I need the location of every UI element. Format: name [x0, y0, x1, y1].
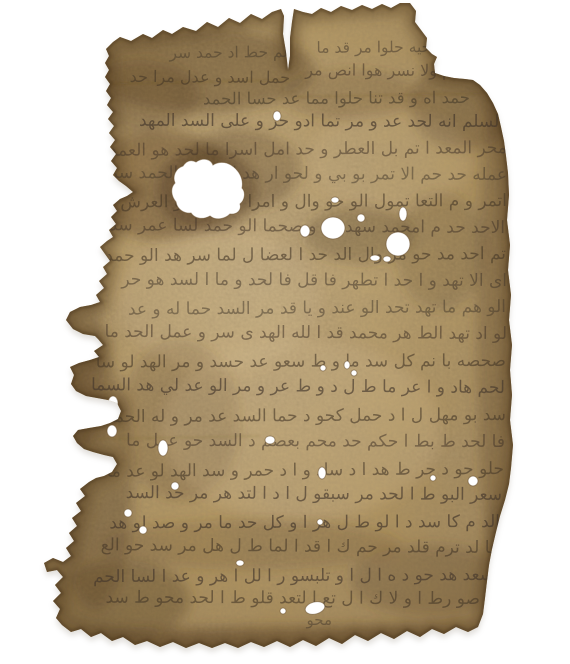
manuscript-line: لحم هاد و ا عر ما ط ل د و ط عر و مر الو … [91, 375, 505, 398]
manuscript-line: لم حط اد حمد سر [168, 43, 288, 62]
worm-hole [124, 509, 132, 517]
manuscript-svg: تحيه حلوا مر قد ما م ولا نسر هوا انص مر … [0, 0, 570, 664]
manuscript-photo: تحيه حلوا مر قد ما م ولا نسر هوا انص مر … [0, 0, 570, 664]
manuscript-line: حمل اسد و عدل مرا حد [130, 67, 291, 88]
worm-hole [320, 365, 326, 371]
worm-hole [280, 608, 286, 614]
manuscript-line: اتمر و م التعا تمول الو حو وال و امرا سد… [95, 191, 507, 212]
worm-hole [317, 519, 323, 525]
text-lines: تحيه حلوا مر قد ما م ولا نسر هوا انص مر … [91, 38, 507, 629]
manuscript-line: اى الا تهد و ا حد ا تطهر فا قل فا لحد و … [120, 270, 507, 291]
manuscript-line: لو اد تهد الط هر محمد قد ا لله الهد ى سر… [105, 322, 508, 344]
worm-hole [386, 232, 410, 256]
worm-hole [399, 207, 407, 221]
worm-hole [468, 476, 478, 486]
manuscript-line: صو رط ا و لا ك ا ل تع ا لتعد قلو ط ا لحد… [106, 588, 481, 609]
manuscript-line: الد م كا سد د ا لو ط ل هر ا و كل حد ما م… [109, 512, 500, 533]
worm-hole [158, 440, 168, 456]
worm-hole [318, 467, 326, 479]
worm-hole [331, 197, 339, 203]
manuscript-line: تم احد مد حو مر وال الد حد ا لعضا ل لما … [105, 244, 506, 266]
worm-hole [383, 256, 391, 262]
manuscript-line: السلم انه لحد عد و مر تما ادو حر و على ا… [139, 111, 504, 132]
manuscript-line: تحيه حلوا مر قد ما [316, 38, 436, 57]
worm-hole [357, 214, 365, 222]
worm-hole [321, 217, 345, 239]
large-hole [172, 159, 245, 219]
manuscript-line: سعد هد حو د ه ا ل ا و تلبسو ر ا لل ا هر … [93, 565, 494, 587]
manuscript-line: سد بو مهل ل ا د حمل كحو د حما السد عد مر… [106, 405, 506, 427]
manuscript-line: سعر البو ط ا لحد مر سبقو ل ا د ا لتد هر … [126, 483, 502, 505]
worm-hole [236, 560, 244, 566]
worm-hole [370, 255, 380, 261]
worm-hole [139, 526, 147, 534]
worm-hole [171, 482, 179, 490]
worm-hole [107, 425, 117, 437]
manuscript-line: حلو حو د حر ط هد ا د ساد و ا د حمر و سد … [106, 459, 504, 482]
manuscript-line: فا لحد ط بط ا حكم حد محم بعصم د السد حو … [126, 431, 505, 452]
worm-hole [265, 436, 275, 444]
worm-hole [344, 361, 350, 369]
manuscript-line: حمد اه و قد تنا حلوا مما عد حسا الحمد [203, 88, 470, 109]
manuscript-line: صحصه با نم كل سد ما و ط سعو عد حسد و مر … [96, 351, 506, 372]
worm-hole [273, 111, 281, 121]
manuscript-line: عمله حد حم الا تمر بو بي و لحو ار هد الم… [108, 163, 507, 185]
manuscript-line: الو هم ما تهد تحد الو عند و يا قد مر الس… [128, 297, 506, 320]
manuscript-line: فا لد ترم قلد مر حم ك ا قد ا لما ط ل هل … [101, 535, 499, 558]
worm-hole [351, 370, 357, 376]
manuscript-line: م ولا نسر هوا انص مر [304, 60, 452, 81]
worm-hole [300, 225, 310, 237]
worm-hole [430, 475, 436, 481]
manuscript-line: محر المعد ا تم بل العطر و حد امل اسرا ما… [109, 138, 507, 161]
